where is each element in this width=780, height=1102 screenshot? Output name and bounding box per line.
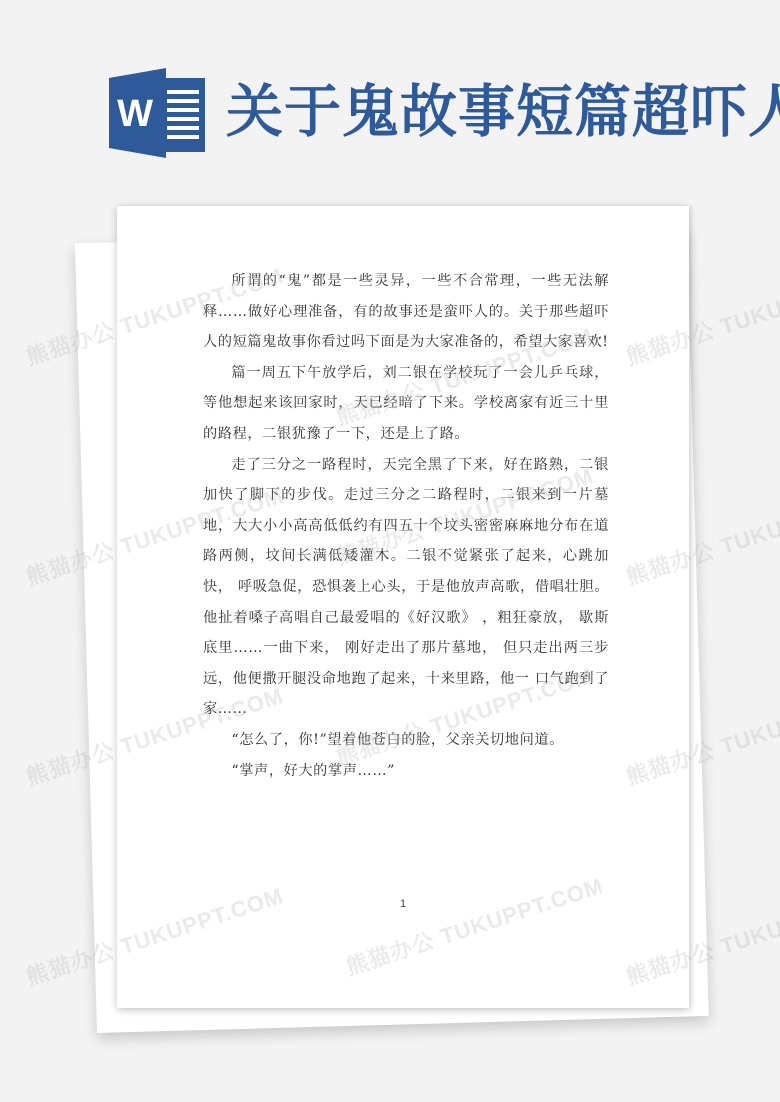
paragraph-intro: 所谓的“鬼”都是一些灵异，一些不合常理，一些无法解释……做好心理准备，有的故事还… [203,266,609,358]
document-body: 所谓的“鬼”都是一些灵异，一些不合常理，一些无法解释……做好心理准备，有的故事还… [203,266,609,786]
paragraph-2: 走了三分之一路程时，天完全黑了下来，好在路熟，二银加快了脚下的步伐。走过三分之二… [203,450,609,725]
document-page: 所谓的“鬼”都是一些灵异，一些不合常理，一些无法解释……做好心理准备，有的故事还… [117,206,689,1008]
page-number: 1 [117,898,689,910]
word-document-icon: W [109,68,207,158]
paragraph-1: 篇一周五下午放学后，刘二银在学校玩了一会儿乒乓球，等他想起来该回家时，天已经暗了… [203,358,609,450]
header: W 关于鬼故事短篇超吓人 [0,0,780,190]
svg-text:W: W [117,93,153,135]
paragraph-3: “怎么了，你!”望着他苍白的脸，父亲关切地问道。 [203,725,609,756]
page-title: 关于鬼故事短篇超吓人 [226,72,780,152]
paragraph-4: “掌声，好大的掌声……” [203,756,609,787]
